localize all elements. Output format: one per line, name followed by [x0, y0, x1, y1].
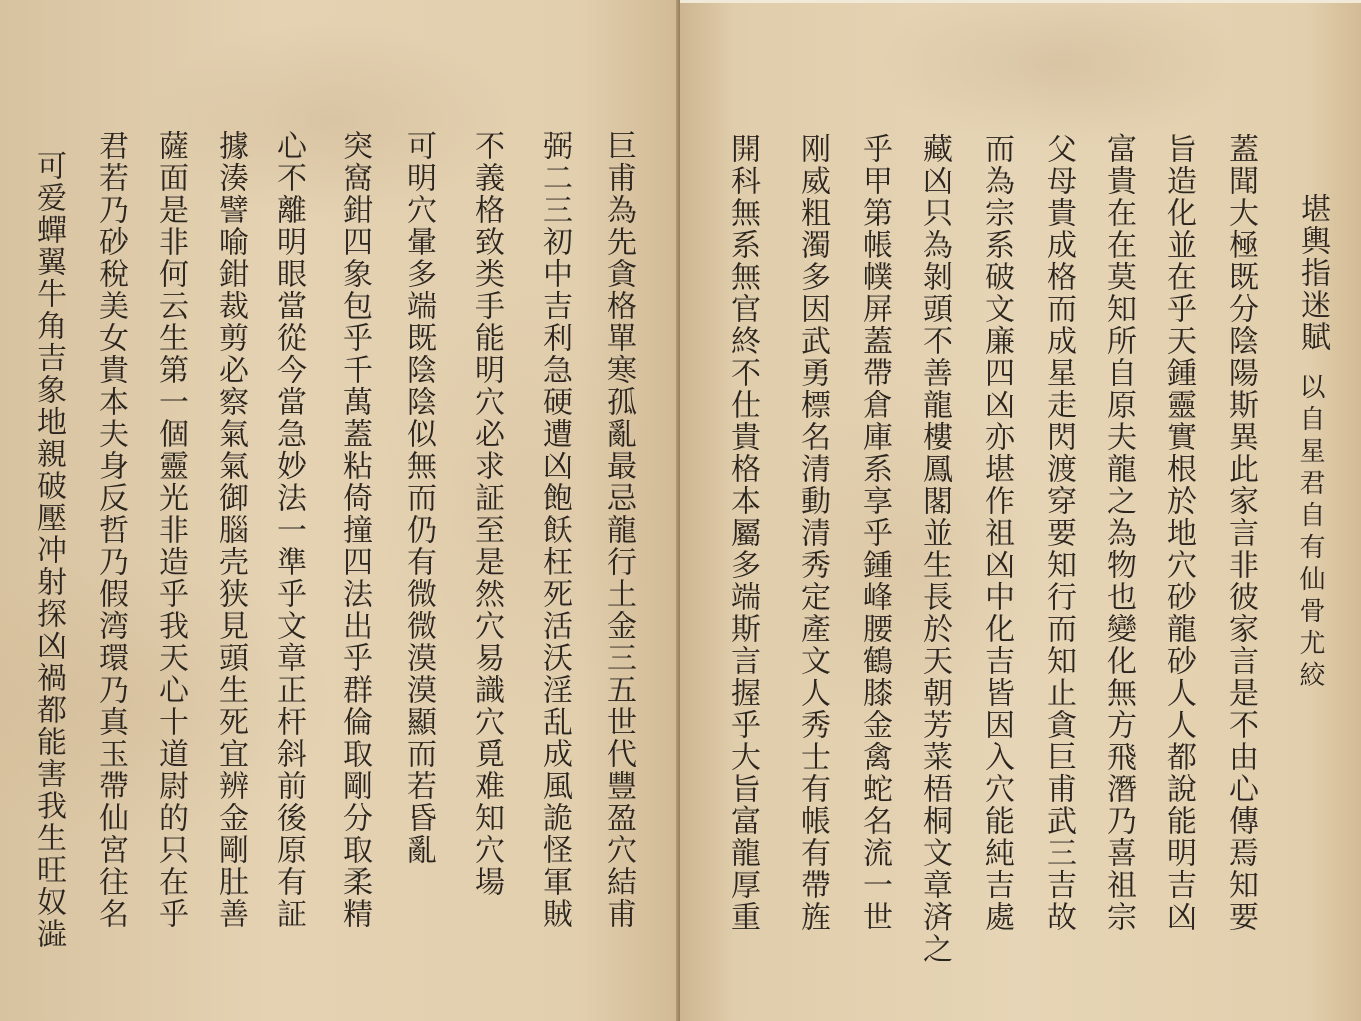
text-column: 富貴在在莫知所自原夫龍之為物也變化無方飛潛乃喜祖宗 — [1098, 133, 1138, 933]
text-column: 弼二三初中吉利急硬遭凶飽飫枉死活沃淫乱成風詭怪軍賊 — [534, 130, 574, 930]
text-column: 心不離明眼當從今當急妙法一準乎文章正杆斜前後原有証 — [268, 130, 308, 930]
text-column: 巨甫為先貪格單寒孤亂最忌龍行土金三五世代豐盈穴結甫 — [598, 130, 638, 930]
text-column: 開科無系無官終不仕貴格本屬多端斯言握乎大旨富龍厚重 — [722, 133, 762, 933]
text-column: 刚威粗濁多因武勇標名清動清秀定產文人秀士有帳有帶旌 — [792, 133, 832, 933]
text-column: 而為宗系破文廉四凶亦堪作祖凶中化吉皆因入穴能純吉處 — [976, 133, 1016, 933]
text-column: 可爱蟬翼牛角吉象地親破壓冲射探凶禍都能害我生旺奴澁 — [28, 150, 68, 950]
text-column: 父母貴成格而成星走閃渡穿要知行而知止貪巨甫武三吉故 — [1038, 133, 1078, 933]
text-column: 可明穴暈多端既陰陰似無而仍有微微漠漠顯而若昏亂 — [398, 130, 438, 866]
text-column: 據湊譬喻鉗裁剪必察氣氣御腦壳狭見頭生死宜辨金剛肚善 — [210, 130, 250, 930]
page-title: 堪輿指迷賦 — [1290, 193, 1334, 353]
text-column: 乎甲第帳幞屏蓋帶倉庫系享乎鍾峰腰鶴膝金禽蛇名流一世 — [854, 133, 894, 933]
text-column: 君若乃砂稅美女貴本夫身反哲乃假湾環乃真玉帶仙宮往名 — [90, 130, 130, 930]
text-column: 旨造化並在乎天鍾靈實根於地穴砂龍砂人人都說能明吉凶 — [1158, 133, 1198, 933]
text-column: 蓋聞大極既分陰陽斯異此家言非彼家言是不由心傳焉知要 — [1220, 133, 1260, 933]
left-page: 巨甫為先貪格單寒孤亂最忌龍行土金三五世代豐盈穴結甫 弼二三初中吉利急硬遭凶飽飫枉… — [0, 0, 680, 1021]
text-column: 不義格致类手能明穴必求証至是然穴易識穴覓难知穴場 — [466, 130, 506, 898]
right-page: 堪輿指迷賦 以自星君自有仙骨尤絞 蓋聞大極既分陰陽斯異此家言非彼家言是不由心傳焉… — [680, 0, 1361, 1021]
page-subtitle: 以自星君自有仙骨尤絞 — [1292, 373, 1329, 693]
text-column: 突窩鉗四象包乎千萬蓋粘倚撞四法出乎群倫取剛分取柔精 — [334, 130, 374, 930]
text-column: 薩面是非何云生第一個靈光非造乎我天心十道尉的只在乎 — [150, 130, 190, 930]
text-column: 藏凶只為剝頭不善龍樓鳳閣並生長於天朝芳菜梧桐文章済之 — [914, 133, 954, 965]
